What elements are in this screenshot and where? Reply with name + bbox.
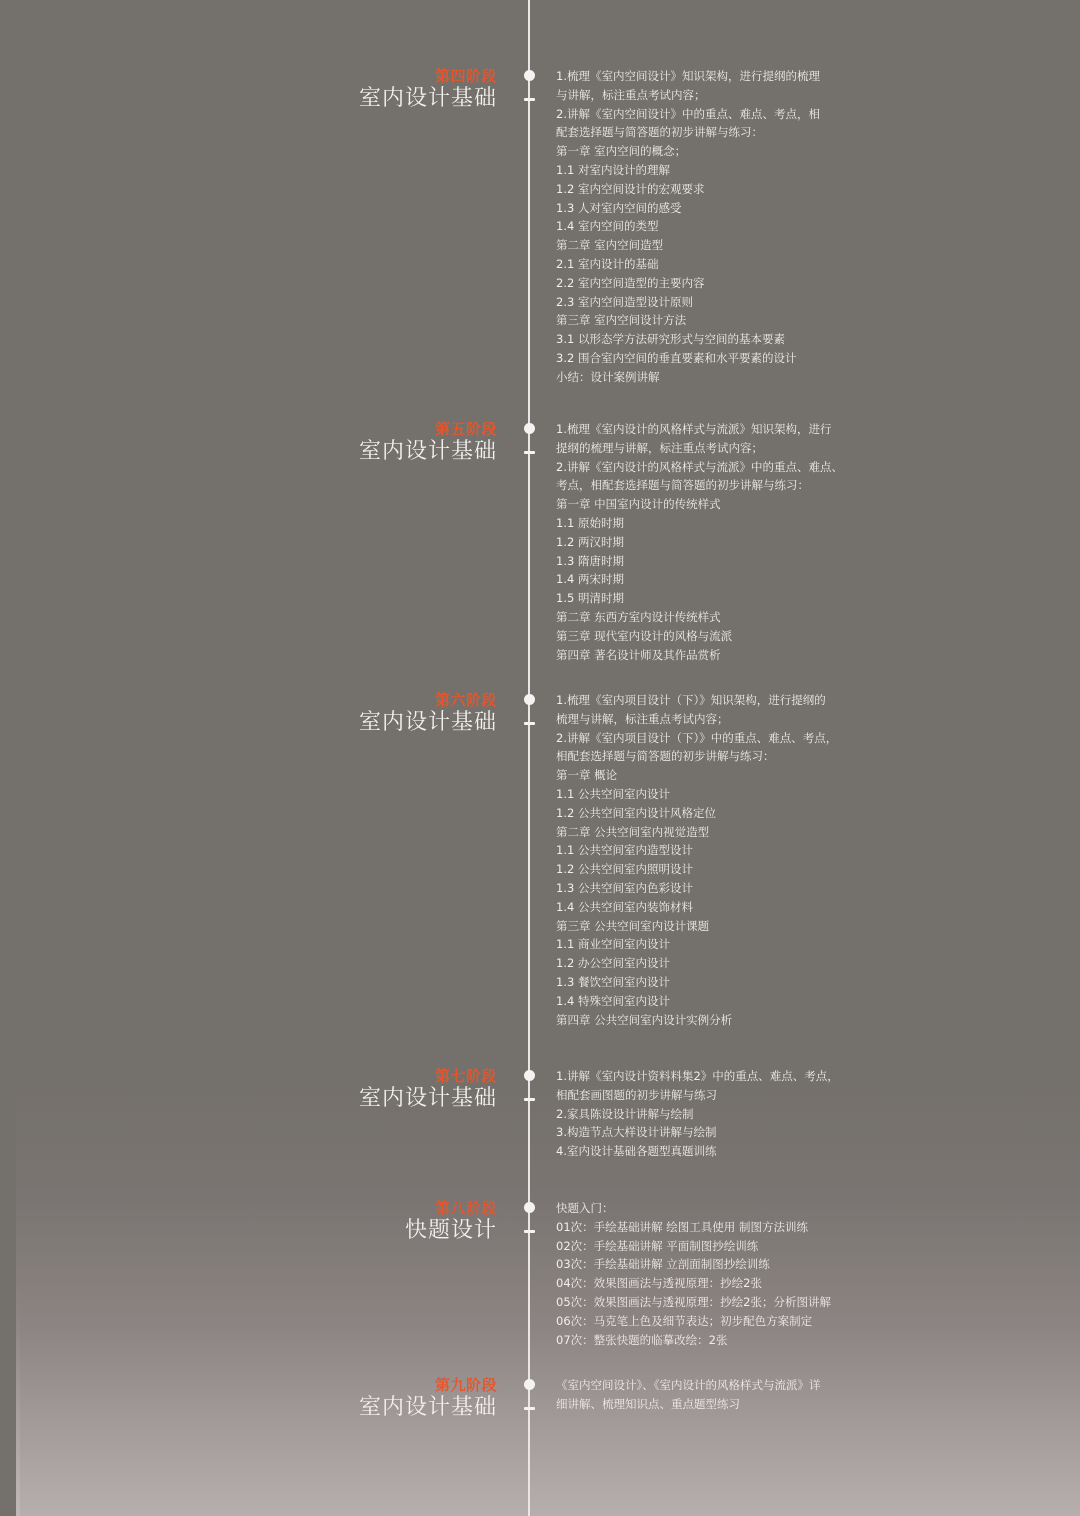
- content-line: 3.2 围合室内空间的垂直要素和水平要素的设计: [556, 349, 866, 368]
- stage-title: 室内设计基础: [359, 439, 497, 465]
- content-line: 细讲解、梳理知识点、重点题型练习: [556, 1395, 866, 1414]
- content-line: 第四章 著名设计师及其作品赏析: [556, 646, 866, 665]
- content-line: 1.2 两汉时期: [556, 533, 866, 552]
- timeline-dot-icon: [524, 1379, 535, 1390]
- content-line: 1.5 明清时期: [556, 589, 866, 608]
- content-line: 4.室内设计基础各题型真题训练: [556, 1142, 866, 1161]
- content-line: 01次：手绘基础讲解 绘图工具使用 制图方法训练: [556, 1218, 866, 1237]
- content-line: 第三章 公共空间室内设计课题: [556, 917, 866, 936]
- timeline-dot-icon: [524, 423, 535, 434]
- content-line: 1.4 两宋时期: [556, 570, 866, 589]
- timeline-tick-icon: [524, 1407, 535, 1410]
- timeline-tick-icon: [524, 98, 535, 101]
- content-line: 第四章 公共空间室内设计实例分析: [556, 1011, 866, 1030]
- content-line: 第二章 室内空间造型: [556, 236, 866, 255]
- content-line: 1.1 公共空间室内设计: [556, 785, 866, 804]
- content-line: 3.1 以形态学方法研究形式与空间的基本要素: [556, 330, 866, 349]
- content-line: 1.1 公共空间室内造型设计: [556, 841, 866, 860]
- content-line: 1.3 公共空间室内色彩设计: [556, 879, 866, 898]
- content-line: 2.3 室内空间造型设计原则: [556, 293, 866, 312]
- content-line: 1.4 特殊空间室内设计: [556, 992, 866, 1011]
- content-line: 1.4 室内空间的类型: [556, 217, 866, 236]
- content-line: 06次：马克笔上色及细节表达；初步配色方案制定: [556, 1312, 866, 1331]
- timeline-tick-icon: [524, 1230, 535, 1233]
- stage-content: 《室内空间设计》、《室内设计的风格样式与流派》详细讲解、梳理知识点、重点题型练习: [556, 1376, 866, 1414]
- content-line: 05次：效果图画法与透视原理：抄绘2张；分析图讲解: [556, 1293, 866, 1312]
- content-line: 小结：设计案例讲解: [556, 368, 866, 387]
- stage-title: 室内设计基础: [359, 1086, 497, 1112]
- content-line: 1.4 公共空间室内装饰材料: [556, 898, 866, 917]
- stage-title: 室内设计基础: [359, 710, 497, 736]
- content-line: 07次：整张快题的临摹改绘：2张: [556, 1331, 866, 1350]
- content-line: 2.家具陈设设计讲解与绘制: [556, 1105, 866, 1124]
- content-line: 2.讲解《室内项目设计（下）》中的重点、难点、考点，: [556, 729, 866, 748]
- stage-title: 室内设计基础: [359, 86, 497, 112]
- content-line: 1.1 商业空间室内设计: [556, 935, 866, 954]
- content-line: 1.梳理《室内项目设计（下）》知识架构，进行提纲的: [556, 691, 866, 710]
- content-line: 第二章 公共空间室内视觉造型: [556, 823, 866, 842]
- content-line: 1.梳理《室内空间设计》知识架构，进行提纲的梳理: [556, 67, 866, 86]
- stage-label: 第八阶段: [435, 1199, 497, 1217]
- stage-label: 第四阶段: [435, 67, 497, 85]
- stage-label: 第六阶段: [435, 691, 497, 709]
- content-line: 2.讲解《室内空间设计》中的重点、难点、考点，相: [556, 105, 866, 124]
- timeline-dot-icon: [524, 70, 535, 81]
- content-line: 03次：手绘基础讲解 立剖面制图抄绘训练: [556, 1255, 866, 1274]
- left-edge-strip: [0, 0, 16, 1516]
- content-line: 04次：效果图画法与透视原理：抄绘2张: [556, 1274, 866, 1293]
- content-line: 第三章 现代室内设计的风格与流派: [556, 627, 866, 646]
- stage-content: 1.梳理《室内空间设计》知识架构，进行提纲的梳理与讲解，标注重点考试内容；2.讲…: [556, 67, 866, 387]
- content-line: 与讲解，标注重点考试内容；: [556, 86, 866, 105]
- content-line: 《室内空间设计》、《室内设计的风格样式与流派》详: [556, 1376, 866, 1395]
- content-line: 02次：手绘基础讲解 平面制图抄绘训练: [556, 1237, 866, 1256]
- content-line: 1.1 对室内设计的理解: [556, 161, 866, 180]
- content-line: 提纲的梳理与讲解，标注重点考试内容；: [556, 439, 866, 458]
- content-line: 1.讲解《室内设计资料料集2》中的重点、难点、考点，: [556, 1067, 866, 1086]
- timeline-dot-icon: [524, 1202, 535, 1213]
- content-line: 1.2 办公空间室内设计: [556, 954, 866, 973]
- content-line: 1.1 原始时期: [556, 514, 866, 533]
- stage-title: 快题设计: [405, 1218, 497, 1244]
- content-line: 3.构造节点大样设计讲解与绘制: [556, 1123, 866, 1142]
- content-line: 1.梳理《室内设计的风格样式与流派》知识架构，进行: [556, 420, 866, 439]
- timeline-tick-icon: [524, 722, 535, 725]
- timeline-tick-icon: [524, 451, 535, 454]
- stage-label: 第五阶段: [435, 420, 497, 438]
- panel-edge-highlight: [16, 1280, 20, 1516]
- content-line: 考点，相配套选择题与简答题的初步讲解与练习：: [556, 476, 866, 495]
- content-line: 相配套画图题的初步讲解与练习: [556, 1086, 866, 1105]
- timeline-tick-icon: [524, 1098, 535, 1101]
- stage-label: 第七阶段: [435, 1067, 497, 1085]
- content-line: 相配套选择题与简答题的初步讲解与练习：: [556, 747, 866, 766]
- content-line: 2.讲解《室内设计的风格样式与流派》中的重点、难点、: [556, 458, 866, 477]
- content-line: 配套选择题与简答题的初步讲解与练习：: [556, 123, 866, 142]
- content-line: 2.2 室内空间造型的主要内容: [556, 274, 866, 293]
- stage-content: 1.梳理《室内设计的风格样式与流派》知识架构，进行提纲的梳理与讲解，标注重点考试…: [556, 420, 866, 664]
- stage-content: 1.讲解《室内设计资料料集2》中的重点、难点、考点，相配套画图题的初步讲解与练习…: [556, 1067, 866, 1161]
- stage-content: 快题入门：01次：手绘基础讲解 绘图工具使用 制图方法训练02次：手绘基础讲解 …: [556, 1199, 866, 1349]
- content-line: 第三章 室内空间设计方法: [556, 311, 866, 330]
- timeline-dot-icon: [524, 694, 535, 705]
- content-line: 1.3 隋唐时期: [556, 552, 866, 571]
- stage-label: 第九阶段: [435, 1376, 497, 1394]
- stage-title: 室内设计基础: [359, 1395, 497, 1421]
- content-line: 1.2 公共空间室内照明设计: [556, 860, 866, 879]
- background-panel: [16, 0, 1080, 1516]
- timeline-dot-icon: [524, 1070, 535, 1081]
- content-line: 1.2 公共空间室内设计风格定位: [556, 804, 866, 823]
- content-line: 2.1 室内设计的基础: [556, 255, 866, 274]
- content-line: 第一章 中国室内设计的传统样式: [556, 495, 866, 514]
- content-line: 第一章 概论: [556, 766, 866, 785]
- content-line: 第二章 东西方室内设计传统样式: [556, 608, 866, 627]
- timeline-line: [528, 0, 530, 1516]
- stage-content: 1.梳理《室内项目设计（下）》知识架构，进行提纲的梳理与讲解，标注重点考试内容；…: [556, 691, 866, 1029]
- content-line: 第一章 室内空间的概念；: [556, 142, 866, 161]
- content-line: 1.2 室内空间设计的宏观要求: [556, 180, 866, 199]
- content-line: 1.3 人对室内空间的感受: [556, 199, 866, 218]
- content-line: 快题入门：: [556, 1199, 866, 1218]
- content-line: 1.3 餐饮空间室内设计: [556, 973, 866, 992]
- content-line: 梳理与讲解，标注重点考试内容；: [556, 710, 866, 729]
